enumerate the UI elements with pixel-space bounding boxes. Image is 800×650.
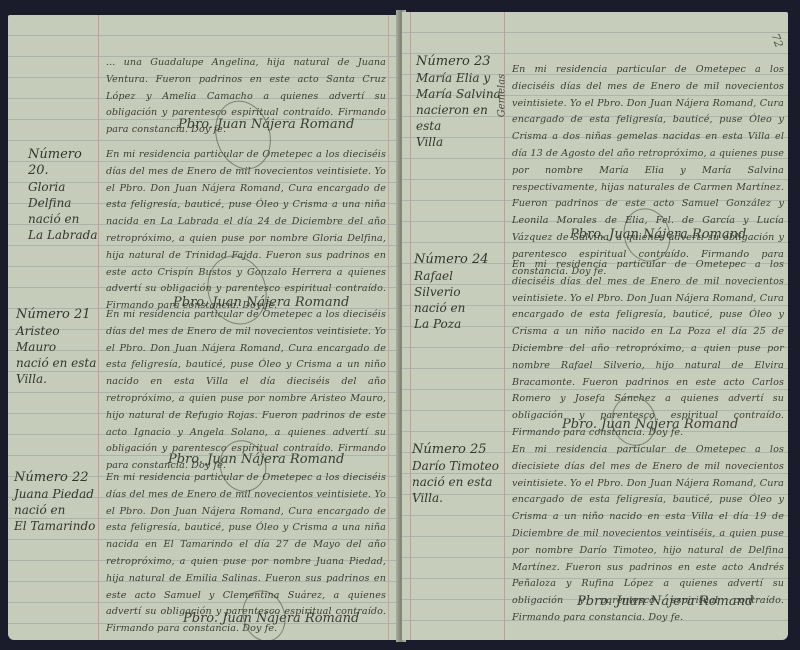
margin-rule: [98, 15, 99, 640]
birthplace-line: nació en: [28, 211, 100, 227]
entry-margin-22: Número 22 Juana Piedad nació en El Tamar…: [14, 470, 98, 534]
entry-number: Número 23: [416, 54, 502, 70]
birthplace-line: nació en: [14, 502, 98, 518]
baptized-name: Darío Timoteo: [412, 458, 504, 474]
baptized-name: Gloria Delfina: [28, 179, 100, 211]
twins-note: Gemelas: [496, 74, 507, 118]
margin-rule-left: [410, 12, 411, 640]
birthplace: El Tamarindo: [14, 518, 98, 534]
entry-number: Número 21: [16, 307, 98, 323]
entry-number: Número 20.: [28, 147, 100, 179]
birthplace: Villa.: [16, 371, 98, 387]
page-number: 72: [768, 32, 785, 50]
entry-margin-21: Número 21 Aristeo Mauro nació en esta Vi…: [16, 307, 98, 387]
right-page: 72 Número 23 María Elia y María Salvina …: [402, 12, 788, 640]
birthplace: La Poza: [414, 316, 502, 332]
birthplace: Villa: [416, 134, 502, 150]
birthplace-line: nació en esta: [412, 474, 504, 490]
birthplace-line: nació en esta: [16, 355, 98, 371]
entry-number: Número 24: [414, 252, 502, 268]
entry-margin-25: Número 25 Darío Timoteo nació en esta Vi…: [412, 442, 504, 506]
birthplace-line: nacieron en esta: [416, 102, 502, 134]
officiant-signature: Pbro. Juan Nájera Romand: [577, 594, 753, 609]
birthplace: La Labrada: [28, 227, 100, 243]
margin-rule-right: [388, 15, 389, 640]
baptized-name: Aristeo Mauro: [16, 323, 98, 355]
birthplace-line: nació en: [414, 300, 502, 316]
entry-margin-20: Número 20. Gloria Delfina nació en La La…: [28, 147, 100, 243]
baptized-name: María Elia y: [416, 70, 502, 86]
entry-number: Número 25: [412, 442, 504, 458]
birthplace: Villa.: [412, 490, 504, 506]
left-page: ... una Guadalupe Angelina, hija natural…: [8, 15, 400, 640]
entry-number: Número 22: [14, 470, 98, 486]
baptized-name: Juana Piedad: [14, 486, 98, 502]
entry-margin-24: Número 24 Rafael Silverio nació en La Po…: [414, 252, 502, 332]
baptized-name-2: María Salvina: [416, 86, 502, 102]
baptized-name: Rafael Silverio: [414, 268, 502, 300]
entry-margin-23: Número 23 María Elia y María Salvina nac…: [416, 54, 502, 150]
